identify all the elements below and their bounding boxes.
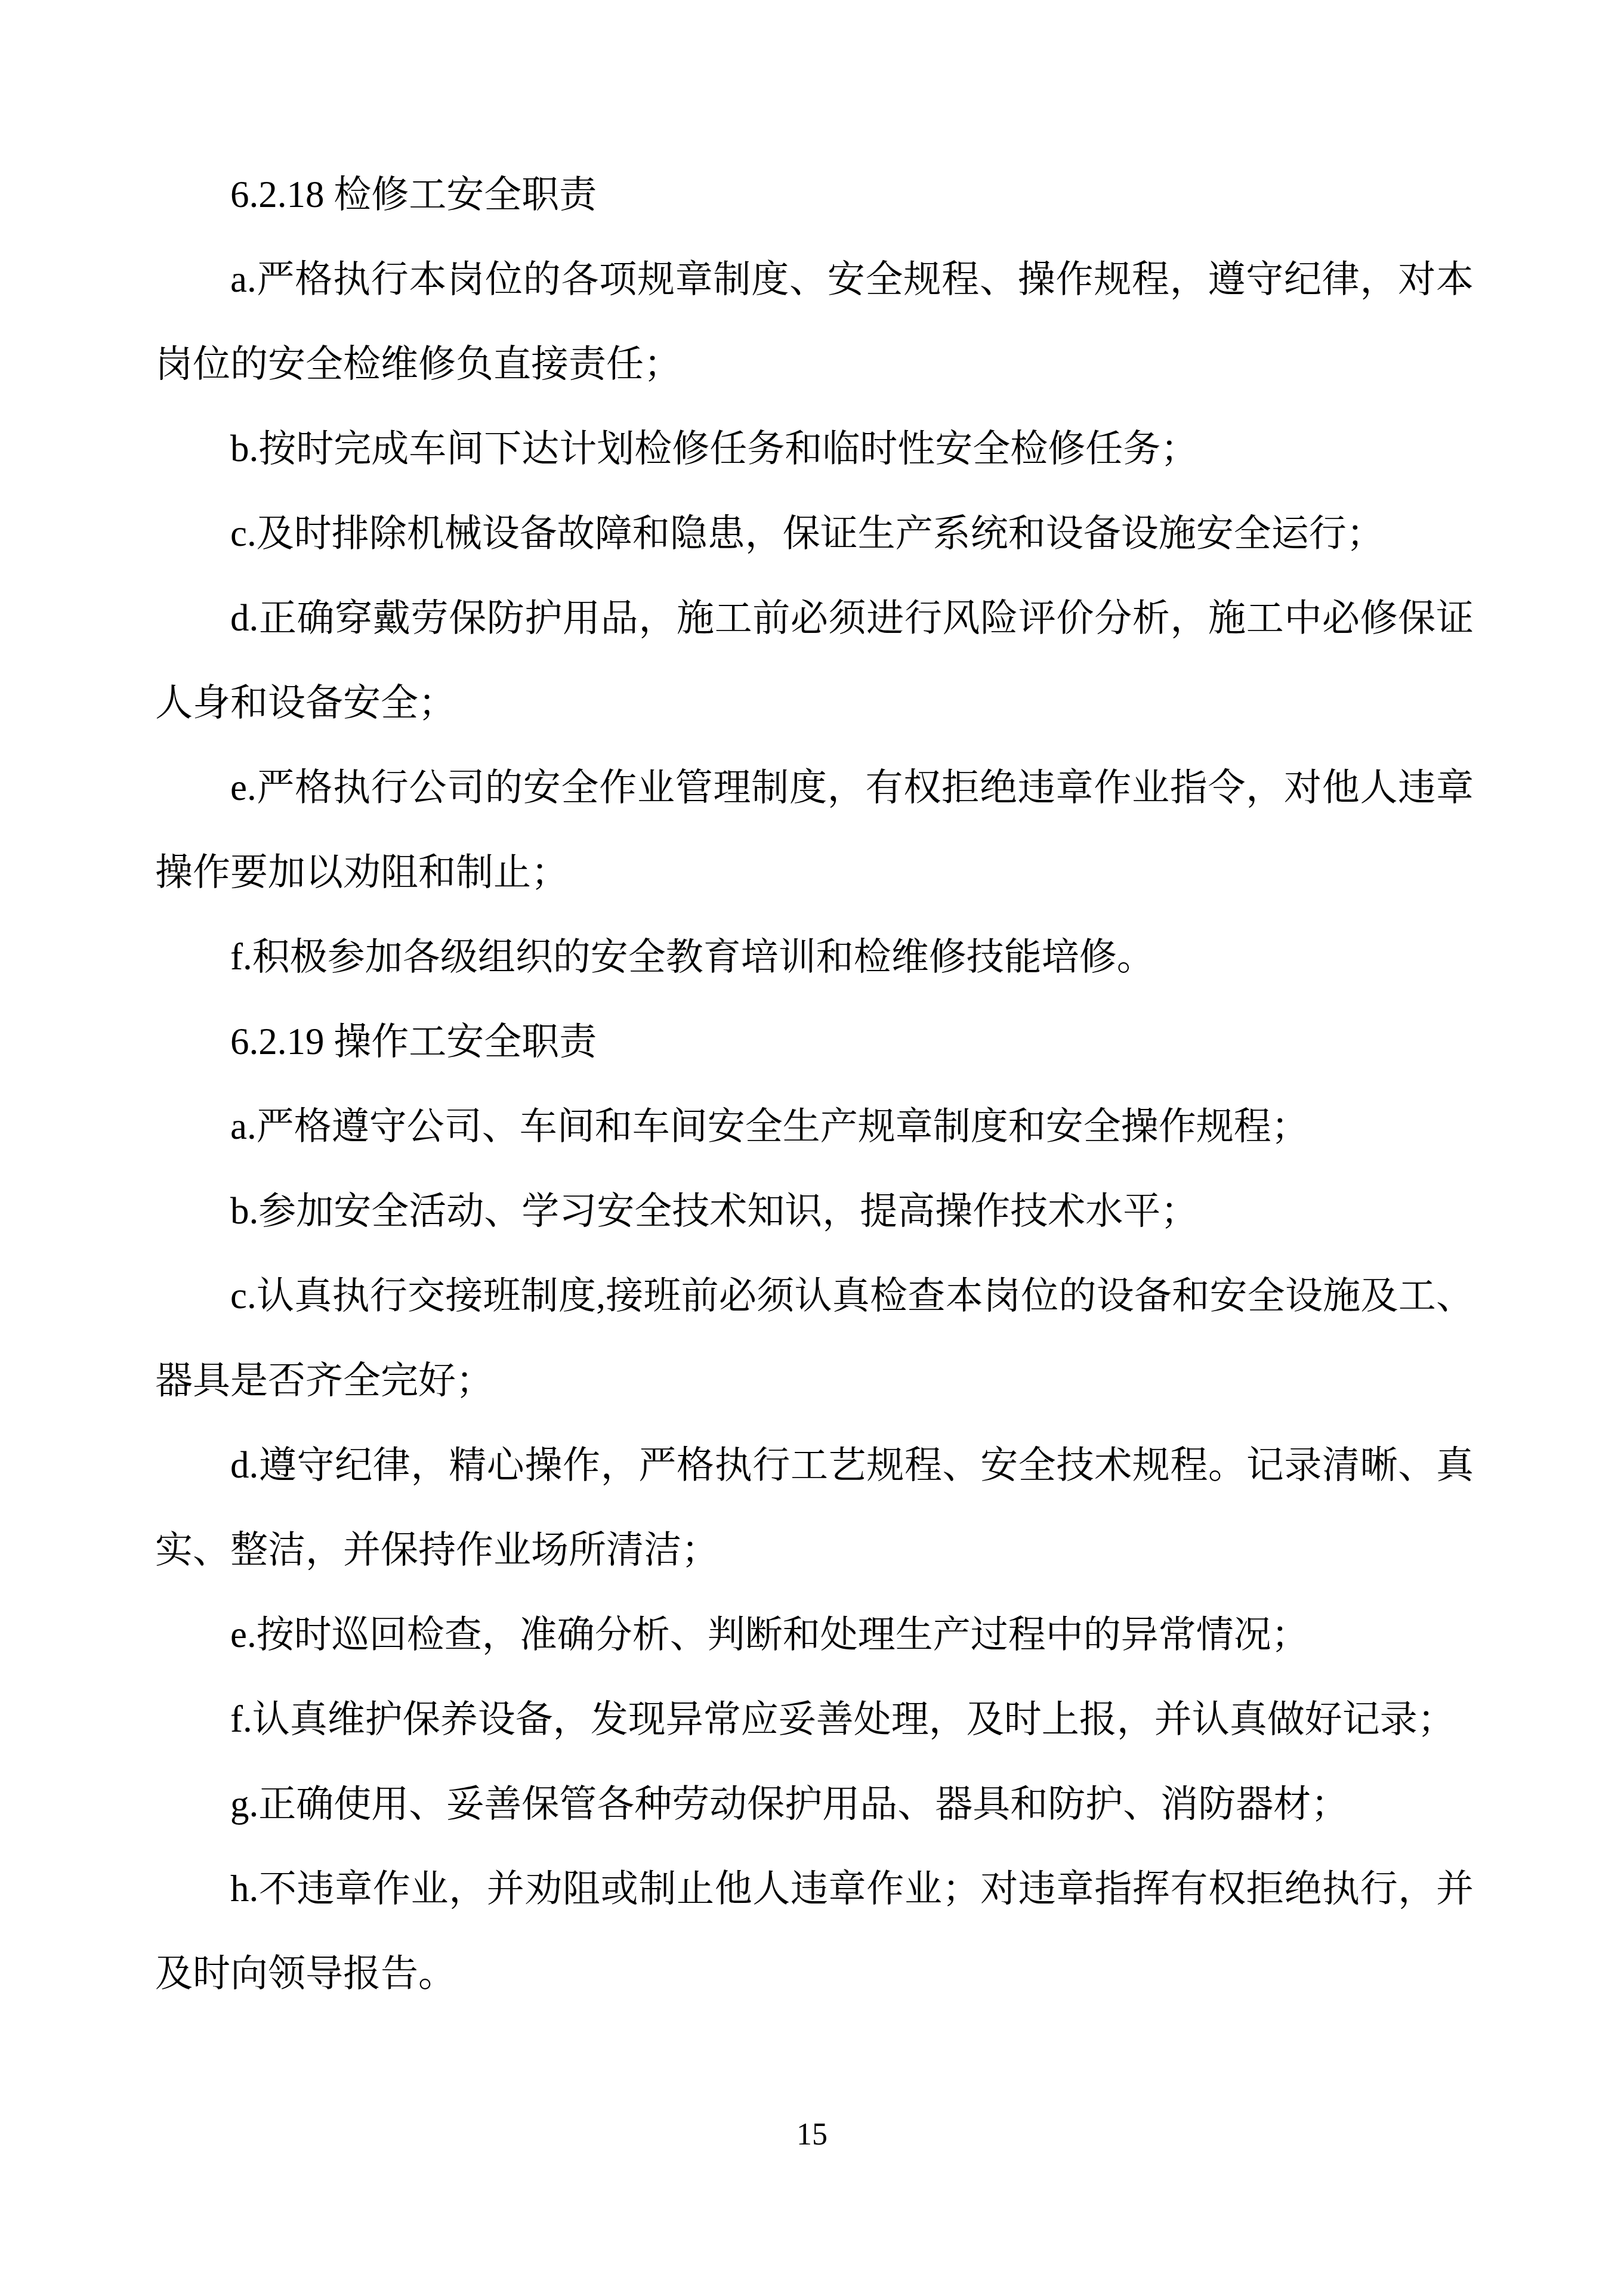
para-6218-a: a.严格执行本岗位的各项规章制度、安全规程、操作规程，遵守纪律，对本岗位的安全检… (155, 237, 1474, 406)
section-heading-6219: 6.2.19 操作工安全职责 (155, 999, 1474, 1084)
page-number: 15 (0, 2116, 1624, 2153)
para-6218-e: e.严格执行公司的安全作业管理制度，有权拒绝违章作业指令，对他人违章操作要加以劝… (155, 745, 1474, 914)
para-6219-e: e.按时巡回检查，准确分析、判断和处理生产过程中的异常情况； (155, 1592, 1474, 1677)
para-6218-c: c.及时排除机械设备故障和隐患，保证生产系统和设备设施安全运行； (155, 491, 1474, 576)
para-6219-h: h.不违章作业，并劝阻或制止他人违章作业；对违章指挥有权拒绝执行，并及时向领导报… (155, 1846, 1474, 2016)
para-6219-a: a.严格遵守公司、车间和车间安全生产规章制度和安全操作规程； (155, 1084, 1474, 1169)
section-heading-6218: 6.2.18 检修工安全职责 (155, 152, 1474, 237)
para-6219-g: g.正确使用、妥善保管各种劳动保护用品、器具和防护、消防器材； (155, 1762, 1474, 1846)
para-6218-f: f.积极参加各级组织的安全教育培训和检维修技能培修。 (155, 914, 1474, 999)
para-6219-d: d.遵守纪律，精心操作，严格执行工艺规程、安全技术规程。记录清晰、真实、整洁，并… (155, 1423, 1474, 1592)
para-6219-f: f.认真维护保养设备，发现异常应妥善处理，及时上报，并认真做好记录； (155, 1677, 1474, 1762)
para-6218-b: b.按时完成车间下达计划检修任务和临时性安全检修任务； (155, 406, 1474, 491)
document-body: 6.2.18 检修工安全职责 a.严格执行本岗位的各项规章制度、安全规程、操作规… (155, 152, 1474, 2016)
document-page: 6.2.18 检修工安全职责 a.严格执行本岗位的各项规章制度、安全规程、操作规… (0, 0, 1624, 2296)
para-6219-b: b.参加安全活动、学习安全技术知识，提高操作技术水平； (155, 1169, 1474, 1253)
para-6218-d: d.正确穿戴劳保防护用品，施工前必须进行风险评价分析，施工中必修保证人身和设备安… (155, 576, 1474, 745)
para-6219-c: c.认真执行交接班制度,接班前必须认真检查本岗位的设备和安全设施及工、器具是否齐… (155, 1253, 1474, 1423)
